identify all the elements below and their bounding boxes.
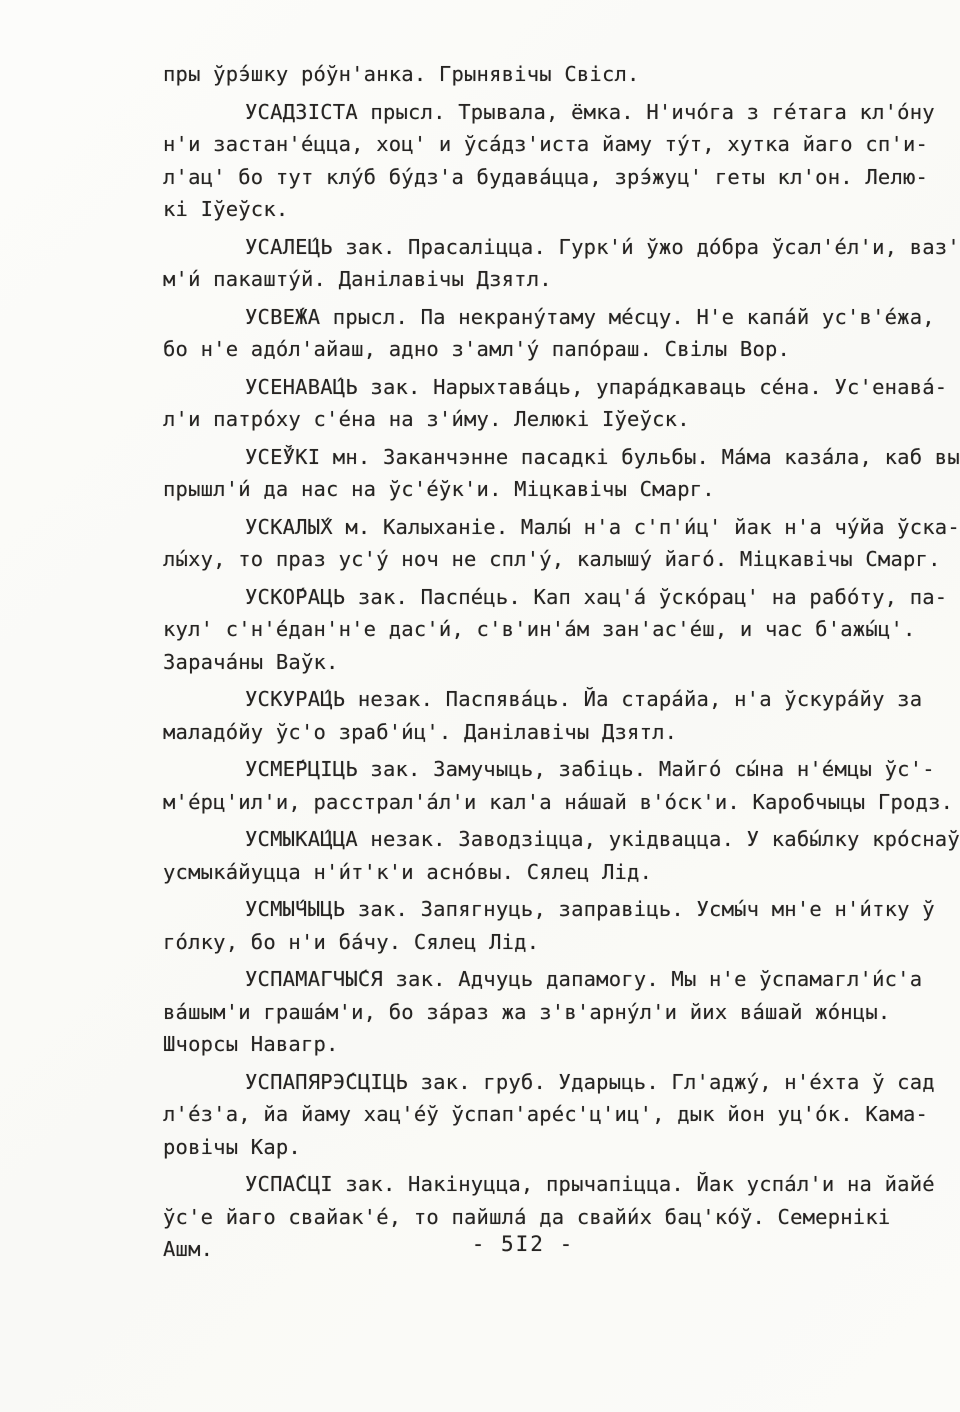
entry-first-line: УСАДЗІСТА прысл. Трывала, ёмка. Н'ичо́га…	[245, 100, 935, 124]
text-block: пры ўрэ́шку ро́ўн'анка. Грынявічы Свісл.…	[163, 58, 960, 1271]
text-line: бо н'е адо́л'айаш, адно з'амл'у́ папо́ра…	[163, 337, 790, 361]
entry-first-line: УСПА́СЦІ зак. Накінуцца, прычапіцца. Йак…	[245, 1172, 935, 1196]
text-line: пры ўрэ́шку ро́ўн'анка. Грынявічы Свісл.	[163, 62, 640, 86]
entry-first-line: УСКО́РАЦЬ зак. Паспе́ць. Кап хац'а́ ўско…	[245, 585, 947, 609]
entry-first-line: УСМЫ́ЧЫЦЬ зак. Запягнуць, заправіць. Усм…	[245, 897, 935, 921]
entry-first-line: УСПАМАГЧЫ́СЯ зак. Адчуць дапамогу. Мы н'…	[245, 967, 922, 991]
text-line: кі Іўеўск.	[163, 197, 288, 221]
entry-first-line: УСЕ́ЎКІ мн. Заканчэнне пасадкі бульбы. М…	[245, 445, 960, 469]
entry-first-line: УСКУРА́ЦЬ незак. Паспява́ць. Йа стара́йа…	[245, 687, 922, 711]
text-line: прышл'и́ да нас на ўс'е́ўк'и. Міцкавічы …	[163, 477, 715, 501]
text-line: маладо́йу ўс'о зраб'и́ц'. Данілавічы Дзя…	[163, 720, 677, 744]
dictionary-entry: УСКАЛЫ́Х м. Калыханіе. Малы́ н'а с'п'и́ц…	[163, 511, 960, 576]
dictionary-entry: УСЕ́ЎКІ мн. Заканчэнне пасадкі бульбы. М…	[163, 441, 960, 506]
text-line: усмыка́йуцца н'и́т'к'и асно́вы. Сялец Лі…	[163, 860, 652, 884]
entry-first-line: УСКАЛЫ́Х м. Калыханіе. Малы́ н'а с'п'и́ц…	[245, 515, 960, 539]
dictionary-entry: УСПАМАГЧЫ́СЯ зак. Адчуць дапамогу. Мы н'…	[163, 963, 960, 1061]
dictionary-entry: УСПАПЯРЭ́СЦІЦЬ зак. груб. Ударыць. Гл'ад…	[163, 1066, 960, 1164]
dictionary-entry: УСЕНАВА́ЦЬ зак. Нарыхтава́ць, упара́дкав…	[163, 371, 960, 436]
page-number: - 5I2 -	[163, 1232, 883, 1256]
dictionary-entry: УСВЕ́ЖА прысл. Па некрану́таму ме́сцу. Н…	[163, 301, 960, 366]
scanned-dictionary-page: пры ўрэ́шку ро́ўн'анка. Грынявічы Свісл.…	[0, 0, 960, 1412]
dictionary-entry: УСКО́РАЦЬ зак. Паспе́ць. Кап хац'а́ ўско…	[163, 581, 960, 679]
dictionary-entry: УСАДЗІСТА прысл. Трывала, ёмка. Н'ичо́га…	[163, 96, 960, 226]
text-line: го́лку, бо н'и ба́чу. Сялец Лід.	[163, 930, 539, 954]
text-line: ўс'е йаго свайак'е́, то пайшла́ да свайи…	[163, 1205, 890, 1229]
text-line: Шчорсы Навагр.	[163, 1032, 339, 1056]
entry-first-line: УСЕНАВА́ЦЬ зак. Нарыхтава́ць, упара́дкав…	[245, 375, 947, 399]
entry-first-line: УСМЫКА́ЦЦА незак. Заводзіцца, укідвацца.…	[245, 827, 960, 851]
entry-first-line: УСМЕ́РЦІЦЬ зак. Замучыць, забіць. Майго́…	[245, 757, 935, 781]
text-line: м'и́ пакашту́й. Данілавічы Дзятл.	[163, 267, 552, 291]
dictionary-entry: УСКУРА́ЦЬ незак. Паспява́ць. Йа стара́йа…	[163, 683, 960, 748]
dictionary-entry: УСМЕ́РЦІЦЬ зак. Замучыць, забіць. Майго́…	[163, 753, 960, 818]
dictionary-entry: УСАЛЕ́ЦЬ зак. Прасаліцца. Гурк'и́ ўжо до…	[163, 231, 960, 296]
text-line: м'е́рц'ил'и, расстрал'а́л'и кал'а на́шай…	[163, 790, 953, 814]
text-line: Зарача́ны Ваўк.	[163, 650, 339, 674]
text-line: л'ац' бо тут клу́б бу́дз'а будава́цца, з…	[163, 165, 928, 189]
text-line: ва́шым'и граша́м'и, бо за́раз жа з'в'арн…	[163, 1000, 890, 1024]
text-line: н'и застан'е́цца, хоц' и ўса́дз'иста йам…	[163, 132, 928, 156]
continuation-paragraph: пры ўрэ́шку ро́ўн'анка. Грынявічы Свісл.	[163, 58, 960, 91]
dictionary-entry: УСМЫКА́ЦЦА незак. Заводзіцца, укідвацца.…	[163, 823, 960, 888]
text-line: лы́ху, то праз ус'у́ ноч не спл'у́, калы…	[163, 547, 941, 571]
text-line: кул' с'н'е́дан'н'е дас'и́, с'в'ин'а́м за…	[163, 617, 916, 641]
entry-first-line: УСАЛЕ́ЦЬ зак. Прасаліцца. Гурк'и́ ўжо до…	[245, 235, 960, 259]
dictionary-entry: УСМЫ́ЧЫЦЬ зак. Запягнуць, заправіць. Усм…	[163, 893, 960, 958]
text-line: л'е́з'а, йа йаму хац'е́ў ўспап'аре́с'ц'и…	[163, 1102, 928, 1126]
entry-first-line: УСВЕ́ЖА прысл. Па некрану́таму ме́сцу. Н…	[245, 305, 935, 329]
entry-first-line: УСПАПЯРЭ́СЦІЦЬ зак. груб. Ударыць. Гл'ад…	[245, 1070, 935, 1094]
text-line: л'и патро́ху с'е́на на з'и́му. Лелюкі Іў…	[163, 407, 690, 431]
text-line: ровічы Кар.	[163, 1135, 301, 1159]
